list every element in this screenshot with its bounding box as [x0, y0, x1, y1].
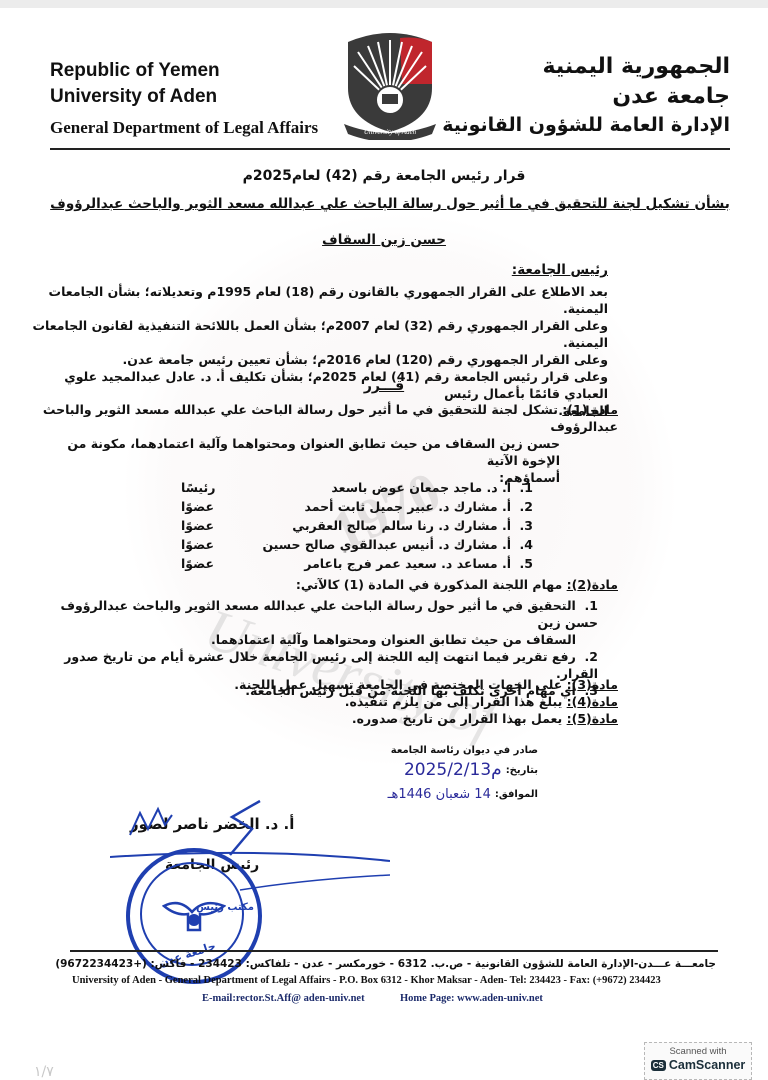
- page-mark: ١/٧: [34, 1064, 54, 1080]
- article-2-label: مادة(2):: [567, 577, 618, 592]
- member-role: عضوًا: [181, 536, 261, 553]
- camscanner-label: CamScanner: [669, 1058, 745, 1072]
- member-name: أ. مساعد د. سعيد عمر فرج باعامر: [261, 555, 511, 572]
- decision-subject-line2: حسن زين السقاف: [0, 232, 768, 249]
- member-row: 2. أ. مشارك د. عبير جميل ثابت أحمد عضوًا: [173, 497, 533, 516]
- preamble-line: بعد الاطلاع على القرار الجمهوري بالقانون…: [28, 283, 608, 317]
- member-name: أ. مشارك د. أنيس عبدالقوي صالح حسين: [261, 536, 511, 553]
- header-ar-republic: الجمهورية اليمنية: [543, 54, 730, 79]
- date-label: بتاريخ:: [506, 762, 538, 779]
- preamble: بعد الاطلاع على القرار الجمهوري بالقانون…: [28, 283, 608, 419]
- member-role: رئيسًا: [181, 479, 261, 496]
- member-row: 5. أ. مساعد د. سعيد عمر فرج باعامر عضوًا: [173, 554, 533, 573]
- issued-at: صادر في ديوان رئاسة الجامعة: [391, 742, 538, 759]
- preamble-line: وعلى القرار الجمهوري رقم (120) لعام 2016…: [28, 351, 608, 368]
- article-4: مادة(4): يبلغ هذا القرار إلى من يلزم تنف…: [58, 693, 618, 710]
- articles-3-5: مادة(3): على الجهات المختصة في الجامعة ت…: [58, 676, 618, 727]
- scanned-with-label: Scanned with: [645, 1046, 751, 1057]
- decision-subject-line1: بشأن تشكيل لجنة للتحقيق في ما أثير حول ر…: [40, 196, 740, 213]
- hijri-value: 14 شعبان 1446هـ: [388, 786, 491, 803]
- member-row: 3. أ. مشارك د. رنا سالم صالح العقربي عضو…: [173, 516, 533, 535]
- header-en-university: University of Aden: [50, 86, 217, 108]
- member-role: عضوًا: [181, 498, 261, 515]
- article-1-label: مادة (1):: [562, 402, 618, 417]
- article-1-text: تشكل لجنة للتحقيق في ما أثير حول رسالة ا…: [43, 402, 618, 434]
- member-name: أ. مشارك د. عبير جميل ثابت أحمد: [261, 498, 511, 515]
- member-name: أ. د. ماجد جمعان عوض باسعد: [261, 479, 511, 496]
- decides-heading: قـــرر: [0, 378, 768, 395]
- footer-divider: [70, 950, 718, 952]
- task-item: 1. التحقيق في ما أثير حول رسالة الباحث ع…: [38, 597, 598, 631]
- header-en-department: General Department of Legal Affairs: [50, 118, 318, 138]
- member-role: عضوًا: [181, 517, 261, 534]
- article-1: مادة (1): تشكل لجنة للتحقيق في ما أثير ح…: [38, 401, 618, 486]
- decision-title: قرار رئيس الجامعة رقم (42) لعام2025م: [0, 168, 768, 185]
- article-5: مادة(5): يعمل بهذا القرار من تاريخ صدوره…: [58, 710, 618, 727]
- issue-date: بتاريخ: 2025/2/13م: [404, 762, 538, 779]
- stamp-text-top: مكتب رئيس: [196, 902, 254, 913]
- article-3: مادة(3): على الجهات المختصة في الجامعة ت…: [58, 676, 618, 693]
- crest-icon: University of Aden: [340, 28, 440, 140]
- svg-text:University of Aden: University of Aden: [364, 128, 417, 136]
- camscanner-logo-icon: CS: [651, 1060, 666, 1071]
- article-2: مادة(2): مهام اللجنة المذكورة في المادة …: [38, 576, 618, 593]
- scan-top-edge: [0, 0, 768, 8]
- header-ar-university: جامعة عدن: [612, 84, 730, 109]
- committee-members-list: 1. أ. د. ماجد جمعان عوض باسعد رئيسًا 2. …: [173, 478, 533, 573]
- footer-arabic-address: جامعـــة عـــدن-الإدارة العامة للشؤون ال…: [55, 956, 716, 973]
- hijri-date: الموافق: 14 شعبان 1446هـ: [388, 786, 538, 803]
- footer-homepage: Home Page: www.aden-univ.net: [400, 993, 543, 1004]
- member-role: عضوًا: [181, 555, 261, 572]
- president-heading: رئيس الجامعة:: [512, 262, 608, 279]
- camscanner-badge: Scanned with CS CamScanner: [644, 1042, 752, 1080]
- university-crest-logo: University of Aden: [340, 28, 440, 140]
- article-2-text: مهام اللجنة المذكورة في المادة (1) كالآت…: [296, 577, 562, 592]
- member-row: 4. أ. مشارك د. أنيس عبدالقوي صالح حسين ع…: [173, 535, 533, 554]
- preamble-line: وعلى القرار الجمهوري رقم (32) لعام 2007م…: [28, 317, 608, 351]
- header-en-republic: Republic of Yemen: [50, 60, 220, 82]
- task-item-cont: السقاف من حيث تطابق العنوان ومحتواهما وآ…: [38, 631, 576, 648]
- footer-english-address: University of Aden - General Department …: [72, 975, 661, 986]
- member-name: أ. مشارك د. رنا سالم صالح العقربي: [261, 517, 511, 534]
- header-ar-department: الإدارة العامة للشؤون القانونية: [442, 114, 730, 136]
- article-1-text-2: حسن زين السقاف من حيث تطابق العنوان ومحت…: [38, 435, 560, 469]
- member-row: 1. أ. د. ماجد جمعان عوض باسعد رئيسًا: [173, 478, 533, 497]
- footer-email: E-mail:rector.St.Aff@ aden-univ.net: [202, 993, 365, 1004]
- hijri-label: الموافق:: [495, 786, 538, 803]
- date-value: 2025/2/13م: [404, 762, 502, 779]
- header-divider: [50, 148, 730, 150]
